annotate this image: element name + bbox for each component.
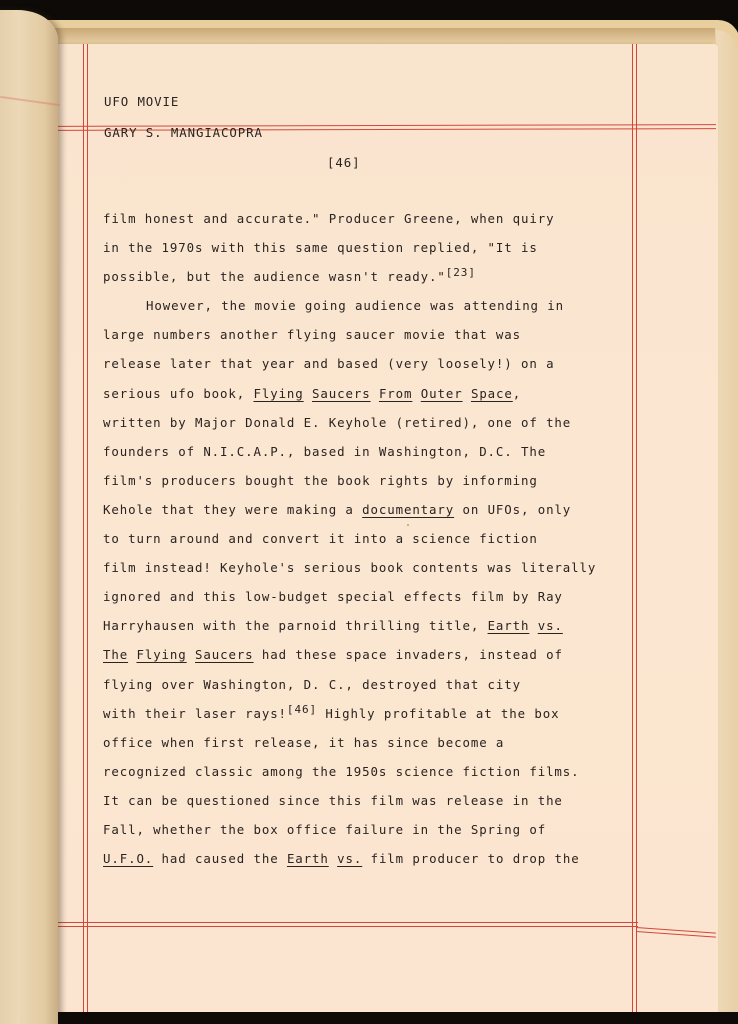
text-line: large numbers another flying saucer movi… [103,326,633,355]
text-line: founders of N.I.C.A.P., based in Washing… [103,443,633,472]
underlined-title: Outer [421,386,463,401]
text-line: film honest and accurate." Producer Gree… [103,210,633,239]
text-run: had caused the [153,851,287,866]
text-line: to turn around and convert it into a sci… [103,530,633,559]
document-author: GARY S. MANGIACOPRA [104,125,263,140]
photo-scene: UFO MOVIE GARY S. MANGIACOPRA [46] film … [0,0,738,1024]
text-line: It can be questioned since this film was… [103,792,633,821]
left-margin-rule [83,44,84,1012]
text-line: Harryhausen with the parnoid thrilling t… [103,617,633,646]
text-run [463,386,471,401]
text-line: serious ufo book, Flying Saucers From Ou… [103,385,633,414]
text-run: written by Major Donald E. Keyhole (reti… [103,415,571,430]
text-line: film instead! Keyhole's serious book con… [103,559,633,588]
footnote-reference: [46] [287,703,317,716]
text-run: It can be questioned since this film was… [103,793,563,808]
text-run: on UFOs, only [454,502,571,517]
text-line: flying over Washington, D. C., destroyed… [103,676,633,705]
previous-page-edge [0,10,58,1024]
text-run: had these space invaders, instead of [254,647,563,662]
underlined-title: From [379,386,412,401]
text-run: to turn around and convert it into a sci… [103,531,538,546]
text-line: ignored and this low-budget special effe… [103,588,633,617]
text-run: However, the movie going audience was at… [146,298,564,313]
underlined-title: Earth [287,851,329,866]
text-line: with their laser rays![46] Highly profit… [103,705,633,734]
underlined-title: Flying [136,647,186,662]
paper-speck [407,524,409,526]
text-run: possible, but the audience wasn't ready.… [103,269,446,284]
text-line: Kehole that they were making a documenta… [103,501,633,530]
text-run: Fall, whether the box office failure in … [103,822,546,837]
text-run: in the 1970s with this same question rep… [103,240,538,255]
text-line: in the 1970s with this same question rep… [103,239,633,268]
text-run: with their laser rays! [103,706,287,721]
background-shadow [58,1012,738,1024]
text-run: release later that year and based (very … [103,356,554,371]
text-run: film instead! Keyhole's serious book con… [103,560,596,575]
document-title: UFO MOVIE [104,94,179,109]
text-run: recognized classic among the 1950s scien… [103,764,580,779]
body-text: film honest and accurate." Producer Gree… [103,210,633,879]
text-run: Highly profitable at the box [317,706,559,721]
text-run: serious ufo book, [103,386,253,401]
underlined-title: Flying [253,386,303,401]
text-run: Kehole that they were making a [103,502,362,517]
text-run [187,647,195,662]
text-line: The Flying Saucers had these space invad… [103,646,633,675]
underlined-title: documentary [362,502,454,517]
text-line: release later that year and based (very … [103,355,633,384]
text-run: founders of N.I.C.A.P., based in Washing… [103,444,546,459]
text-line: film's producers bought the book rights … [103,472,633,501]
text-run: flying over Washington, D. C., destroyed… [103,677,521,692]
underlined-title: vs. [538,618,563,633]
footnote-reference: [23] [446,266,476,279]
underlined-title: Saucers [312,386,371,401]
underlined-title: Saucers [195,647,254,662]
text-line: possible, but the audience wasn't ready.… [103,268,633,297]
text-run [412,386,420,401]
text-run [329,851,337,866]
underlined-title: The [103,647,128,662]
underlined-title: U.F.O. [103,851,153,866]
text-run [371,386,379,401]
page-stack-edge [716,30,738,1024]
text-run: ignored and this low-budget special effe… [103,589,563,604]
text-run [529,618,537,633]
right-margin-rule-inner [636,44,637,1012]
left-margin-rule-inner [87,44,88,1012]
bottom-margin-rule [58,922,638,923]
text-line: recognized classic among the 1950s scien… [103,763,633,792]
text-run: film honest and accurate." Producer Gree… [103,211,554,226]
text-run: Harryhausen with the parnoid thrilling t… [103,618,488,633]
text-run: , [513,386,521,401]
underlined-title: Earth [488,618,530,633]
text-line: Fall, whether the box office failure in … [103,821,633,850]
text-run [304,386,312,401]
text-line: However, the movie going audience was at… [103,297,633,326]
text-line: written by Major Donald E. Keyhole (reti… [103,414,633,443]
underlined-title: vs. [337,851,362,866]
text-run: film producer to drop the [362,851,579,866]
page-number: [46] [327,155,360,170]
cover-shadow [55,28,715,42]
text-run: large numbers another flying saucer movi… [103,327,521,342]
underlined-title: Space [471,386,513,401]
text-line: office when first release, it has since … [103,734,633,763]
bottom-margin-rule-inner [58,926,638,927]
bleed-through-text [0,10,60,1010]
text-run: film's producers bought the book rights … [103,473,538,488]
text-run: office when first release, it has since … [103,735,504,750]
text-line: U.F.O. had caused the Earth vs. film pro… [103,850,633,879]
